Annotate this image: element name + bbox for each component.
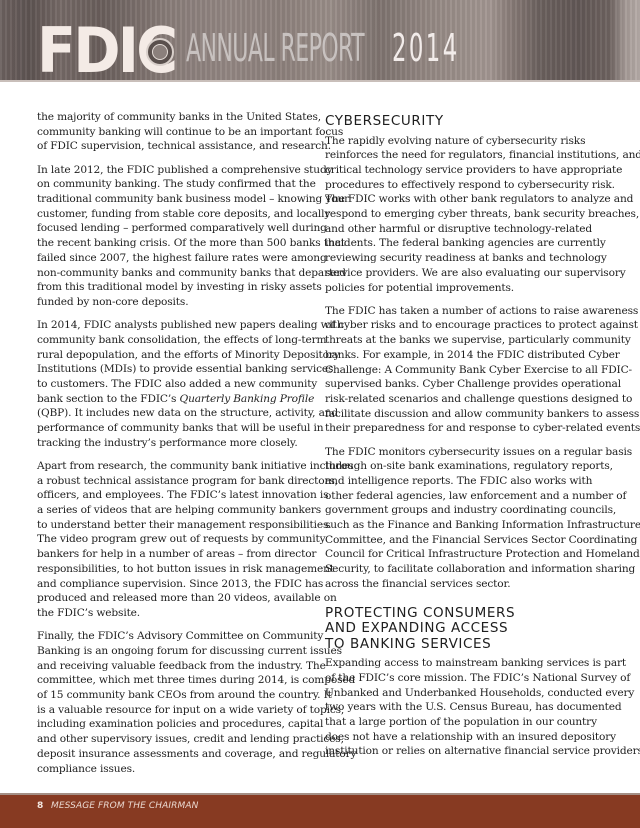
paragraph-analyst-papers: In 2014, FDIC analysts published new pap… bbox=[37, 318, 312, 450]
text-line: (QBP). It includes new data on the struc… bbox=[37, 406, 312, 421]
text-line: a robust technical assistance program fo… bbox=[37, 474, 312, 489]
text-line: non-community banks and community banks … bbox=[37, 266, 312, 281]
text-line: of cyber risks and to encourage practice… bbox=[325, 318, 605, 333]
text-line: incidents. The federal banking agencies … bbox=[325, 236, 605, 251]
text-line: committee, which met three times during … bbox=[37, 673, 312, 688]
page-number: 8 bbox=[37, 801, 43, 811]
text-line: the recent banking crisis. Of the more t… bbox=[37, 236, 312, 251]
paragraph-cyber-challenge: The FDIC has taken a number of actions t… bbox=[325, 304, 605, 436]
page-footer: 8 MESSAGE FROM THE CHAIRMAN bbox=[0, 793, 640, 828]
text-line: The video program grew out of requests b… bbox=[37, 532, 312, 547]
text-line: failed since 2007, the highest failure r… bbox=[37, 251, 312, 266]
seal-emblem bbox=[152, 44, 168, 60]
text-line: Security, to facilitate collaboration an… bbox=[325, 562, 605, 577]
text-line: that a large portion of the population i… bbox=[325, 715, 605, 730]
text-line: Committee, and the Financial Services Se… bbox=[325, 533, 605, 548]
report-year: 2014 bbox=[392, 28, 460, 68]
text-line: procedures to effectively respond to cyb… bbox=[325, 178, 605, 193]
text-line: The FDIC works with other bank regulator… bbox=[325, 192, 605, 207]
text-line: a series of videos that are helping comm… bbox=[37, 503, 312, 518]
text-line: The FDIC monitors cybersecurity issues o… bbox=[325, 445, 605, 460]
text-line: traditional community bank business mode… bbox=[37, 192, 312, 207]
text-line: Expanding access to mainstream banking s… bbox=[325, 656, 605, 671]
text-line: government groups and industry coordinat… bbox=[325, 503, 605, 518]
text-line: bank section to the FDIC’s Quarterly Ban… bbox=[37, 392, 312, 407]
text-line: service providers. We are also evaluatin… bbox=[325, 266, 605, 281]
text-line: officers, and employees. The FDIC’s late… bbox=[37, 488, 312, 503]
heading-line: AND EXPANDING ACCESS bbox=[325, 621, 605, 637]
fdic-seal-icon bbox=[146, 38, 174, 66]
section-heading-protecting-consumers: PROTECTING CONSUMERS AND EXPANDING ACCES… bbox=[325, 606, 605, 653]
text-fragment: bank section to the FDIC’s bbox=[37, 393, 180, 405]
paragraph-cyber-risks: The rapidly evolving nature of cybersecu… bbox=[325, 134, 605, 296]
text-line: such as the Finance and Banking Informat… bbox=[325, 518, 605, 533]
text-line: of 15 community bank CEOs from around th… bbox=[37, 688, 312, 703]
text-line: deposit insurance assessments and covera… bbox=[37, 747, 312, 762]
report-title: ANNUAL REPORT bbox=[186, 28, 364, 68]
text-line: responsibilities, to hot button issues i… bbox=[37, 562, 312, 577]
text-line: risk-related scenarios and challenge que… bbox=[325, 392, 605, 407]
text-line: through on-site bank examinations, regul… bbox=[325, 459, 605, 474]
text-line: rural depopulation, and the efforts of M… bbox=[37, 348, 312, 363]
text-line: and intelligence reports. The FDIC also … bbox=[325, 474, 605, 489]
text-line: and compliance supervision. Since 2013, … bbox=[37, 577, 312, 592]
text-line: In late 2012, the FDIC published a compr… bbox=[37, 163, 312, 178]
report-header-banner: FDIC ANNUAL REPORT 2014 bbox=[0, 0, 640, 82]
footer-section-label: MESSAGE FROM THE CHAIRMAN bbox=[51, 801, 198, 811]
text-line: to customers. The FDIC also added a new … bbox=[37, 377, 312, 392]
text-line: respond to emerging cyber threats, bank … bbox=[325, 207, 605, 222]
text-line: including examination policies and proce… bbox=[37, 717, 312, 732]
text-line: across the financial services sector. bbox=[325, 577, 605, 592]
paragraph-advisory-committee: Finally, the FDIC’s Advisory Committee o… bbox=[37, 629, 312, 776]
text-line: tracking the industry’s performance more… bbox=[37, 436, 312, 451]
text-line: Institutions (MDIs) to provide essential… bbox=[37, 362, 312, 377]
paragraph-cyber-monitoring: The FDIC monitors cybersecurity issues o… bbox=[325, 445, 605, 592]
text-line: Unbanked and Underbanked Households, con… bbox=[325, 686, 605, 701]
text-line: supervised banks. Cyber Challenge provid… bbox=[325, 377, 605, 392]
text-line: produced and released more than 20 video… bbox=[37, 591, 312, 606]
text-line: of the FDIC’s core mission. The FDIC’s N… bbox=[325, 671, 605, 686]
text-line: customer, funding from stable core depos… bbox=[37, 207, 312, 222]
text-line: policies for potential improvements. bbox=[325, 281, 605, 296]
text-line: does not have a relationship with an ins… bbox=[325, 730, 605, 745]
text-line: and receiving valuable feedback from the… bbox=[37, 659, 312, 674]
text-line: of FDIC supervision, technical assistanc… bbox=[37, 139, 312, 154]
text-line: is a valuable resource for input on a wi… bbox=[37, 703, 312, 718]
text-line: compliance issues. bbox=[37, 762, 312, 777]
text-line: the FDIC’s website. bbox=[37, 606, 312, 621]
heading-line: TO BANKING SERVICES bbox=[325, 637, 605, 653]
text-line: focused lending – performed comparativel… bbox=[37, 221, 312, 236]
heading-line: PROTECTING CONSUMERS bbox=[325, 606, 605, 622]
paragraph-technical-assistance-videos: Apart from research, the community bank … bbox=[37, 459, 312, 621]
paragraph-community-banking-focus: the majority of community banks in the U… bbox=[37, 110, 312, 154]
text-line: on community banking. The study confirme… bbox=[37, 177, 312, 192]
text-line: to understand better their management re… bbox=[37, 518, 312, 533]
text-line: threats at the banks we supervise, parti… bbox=[325, 333, 605, 348]
text-line: from this traditional model by investing… bbox=[37, 280, 312, 295]
text-line: the majority of community banks in the U… bbox=[37, 110, 312, 125]
publication-title-quarterly-banking-profile: Quarterly Banking Profile bbox=[180, 393, 315, 405]
text-line: and other harmful or disruptive technolo… bbox=[325, 222, 605, 237]
heading-line: CYBERSECURITY bbox=[325, 114, 605, 130]
text-line: community banking will continue to be an… bbox=[37, 125, 312, 140]
text-line: reinforces the need for regulators, fina… bbox=[325, 148, 605, 163]
text-line: Apart from research, the community bank … bbox=[37, 459, 312, 474]
text-line: reviewing security readiness at banks an… bbox=[325, 251, 605, 266]
text-line: performance of community banks that will… bbox=[37, 421, 312, 436]
text-line: In 2014, FDIC analysts published new pap… bbox=[37, 318, 312, 333]
text-line: institution or relies on alternative fin… bbox=[325, 744, 605, 759]
text-line: Banking is an ongoing forum for discussi… bbox=[37, 644, 312, 659]
text-line: their preparedness for and response to c… bbox=[325, 421, 605, 436]
text-line: facilitate discussion and allow communit… bbox=[325, 407, 605, 422]
text-line: banks. For example, in 2014 the FDIC dis… bbox=[325, 348, 605, 363]
text-line: The FDIC has taken a number of actions t… bbox=[325, 304, 605, 319]
paragraph-expanding-access: Expanding access to mainstream banking s… bbox=[325, 656, 605, 759]
text-line: and other supervisory issues, credit and… bbox=[37, 732, 312, 747]
text-line: two years with the U.S. Census Bureau, h… bbox=[325, 700, 605, 715]
text-line: Challenge: A Community Bank Cyber Exerci… bbox=[325, 363, 605, 378]
text-line: critical technology service providers to… bbox=[325, 163, 605, 178]
text-line: other federal agencies, law enforcement … bbox=[325, 489, 605, 504]
text-line: bankers for help in a number of areas – … bbox=[37, 547, 312, 562]
text-line: Council for Critical Infrastructure Prot… bbox=[325, 547, 605, 562]
text-line: The rapidly evolving nature of cybersecu… bbox=[325, 134, 605, 149]
left-column: the majority of community banks in the U… bbox=[37, 110, 312, 785]
text-line: Finally, the FDIC’s Advisory Committee o… bbox=[37, 629, 312, 644]
right-column: CYBERSECURITY The rapidly evolving natur… bbox=[325, 110, 605, 768]
section-heading-cybersecurity: CYBERSECURITY bbox=[325, 114, 605, 130]
text-line: funded by non-core deposits. bbox=[37, 295, 312, 310]
paragraph-community-banking-study: In late 2012, the FDIC published a compr… bbox=[37, 163, 312, 310]
text-line: community bank consolidation, the effect… bbox=[37, 333, 312, 348]
